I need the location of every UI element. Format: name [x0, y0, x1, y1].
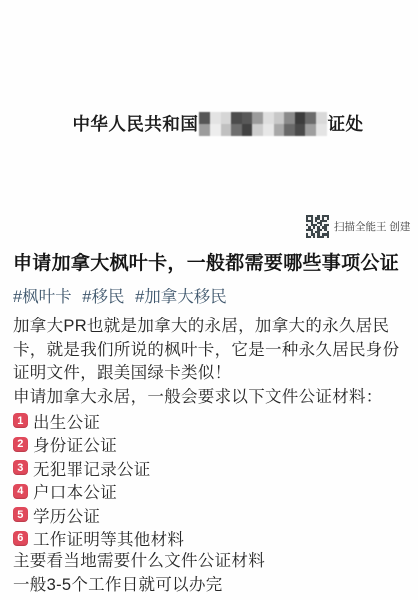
list-item: 3 无犯罪记录公证: [13, 456, 406, 480]
censor-mosaic: [199, 112, 326, 136]
footer-note: 主要看当地需要什么文件公证材料 一般3-5个工作日就可以办完: [13, 550, 406, 597]
list-item-label: 身份证公证: [33, 432, 117, 456]
footer-line: 主要看当地需要什么文件公证材料: [13, 550, 406, 574]
paragraph-line: 申请加拿大永居，一般会要求以下文件公证材料：: [13, 386, 406, 410]
list-item-label: 无犯罪记录公证: [33, 456, 151, 480]
paragraph-line: 证明文件，跟美国绿卡类似！: [13, 362, 406, 386]
list-item-label: 户口本公证: [33, 479, 117, 503]
number-badge: 3: [13, 460, 28, 475]
hashtag-immigration[interactable]: #移民: [82, 288, 124, 306]
paragraph-line: 卡，就是我们所说的枫叶卡，它是一种永久居民身份: [13, 339, 406, 363]
paragraph-line: 加拿大PR也就是加拿大的永居，加拿大的永久居民: [13, 315, 406, 339]
list-item: 4 户口本公证: [13, 480, 406, 504]
list-item: 2 身份证公证: [13, 433, 406, 457]
list-item: 5 学历公证: [13, 503, 406, 527]
hashtag-canada-immigration[interactable]: #加拿大移民: [135, 288, 227, 306]
number-badge: 2: [13, 437, 28, 452]
list-item: 1 出生公证: [13, 409, 406, 433]
camscanner-watermark: 扫描全能王 创建: [306, 215, 410, 238]
qr-code-icon: [306, 215, 329, 238]
list-item: 6 工作证明等其他材料: [13, 527, 406, 551]
list-item-label: 出生公证: [33, 409, 100, 433]
list-item-label: 学历公证: [33, 503, 100, 527]
number-badge: 4: [13, 484, 28, 499]
document-header: 中华人民共和国 证处: [0, 111, 418, 136]
hashtag-maple-leaf-card[interactable]: #枫叶卡: [13, 288, 72, 306]
post-content: 申请加拿大枫叶卡，一般都需要哪些事项公证 #枫叶卡 #移民 #加拿大移民 加拿大…: [13, 251, 406, 597]
notary-document-list: 1 出生公证 2 身份证公证 3 无犯罪记录公证 4 户口本公证 5 学历公证 …: [13, 409, 406, 550]
post-hashtags: #枫叶卡 #移民 #加拿大移民: [13, 286, 406, 308]
scanned-document-page: 中华人民共和国 证处 扫描全能王 创建 申请加拿大枫叶卡，一般都需要哪些事项公证…: [0, 0, 418, 600]
header-prefix-text: 中华人民共和国: [72, 111, 198, 136]
header-suffix-text: 证处: [328, 111, 364, 136]
watermark-label: 扫描全能王 创建: [334, 219, 410, 234]
post-title: 申请加拿大枫叶卡，一般都需要哪些事项公证: [13, 251, 406, 277]
footer-line: 一般3-5个工作日就可以办完: [13, 574, 406, 598]
number-badge: 1: [13, 413, 28, 428]
number-badge: 5: [13, 507, 28, 522]
list-item-label: 工作证明等其他材料: [33, 526, 184, 550]
number-badge: 6: [13, 531, 28, 546]
post-paragraph: 加拿大PR也就是加拿大的永居，加拿大的永久居民 卡，就是我们所说的枫叶卡，它是一…: [13, 315, 406, 409]
